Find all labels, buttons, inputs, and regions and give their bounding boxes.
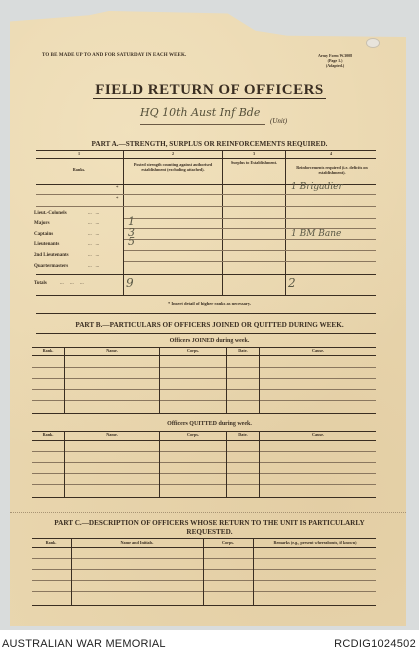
reinforcement-brigadier: 1 Brigadier bbox=[291, 182, 343, 192]
col-rule bbox=[71, 538, 72, 605]
part-b-title: PART B.—PARTICULARS OF OFFICERS JOINED O… bbox=[0, 321, 419, 329]
form-id: Army Form W.3008 (Page 1.) (Adapted.) bbox=[318, 53, 352, 68]
row-rule bbox=[32, 580, 376, 581]
leader-dots: ... ... ... bbox=[60, 281, 84, 286]
col-rule bbox=[226, 431, 227, 497]
rank-captains: Captains bbox=[34, 232, 53, 237]
col-num-4: 4 bbox=[286, 151, 376, 156]
quitted-col-name: Name. bbox=[65, 432, 159, 437]
col-header-surplus: Surplus to Establishment. bbox=[226, 160, 282, 165]
row-rule bbox=[32, 451, 376, 452]
part-a-note: * Insert detail of higher ranks as neces… bbox=[0, 301, 419, 306]
col-rule bbox=[253, 538, 254, 605]
row-rule bbox=[32, 389, 376, 390]
row-rule bbox=[32, 473, 376, 474]
divider bbox=[32, 355, 376, 356]
rank-2nd-lieutenants: 2nd Lieutenants bbox=[34, 253, 69, 258]
rank-lieut-colonels: Lieut.-Colonels bbox=[34, 211, 67, 216]
rank-quartermasters: Quartermasters bbox=[34, 264, 68, 269]
leader-dots: ... ... bbox=[88, 264, 99, 269]
row-rule bbox=[124, 239, 376, 240]
partc-col-corps: Corps. bbox=[204, 540, 252, 545]
rank-majors: Majors bbox=[34, 221, 50, 226]
divider bbox=[36, 333, 376, 334]
partc-col-name: Name and Initials. bbox=[72, 540, 202, 545]
row-rule bbox=[124, 261, 376, 262]
joined-col-corps: Corps. bbox=[160, 348, 226, 353]
row-rule bbox=[124, 250, 376, 251]
row-rule bbox=[36, 206, 376, 207]
totals-label: Totals bbox=[34, 281, 47, 286]
posted-lieutenants: 5 bbox=[128, 235, 135, 248]
col-rule bbox=[226, 347, 227, 413]
divider bbox=[32, 440, 376, 441]
col-num-1: 1 bbox=[36, 151, 122, 156]
row-rule bbox=[32, 558, 376, 559]
joined-title: Officers JOINED during week. bbox=[0, 338, 419, 344]
reinforcement-bm: 1 BM Bane bbox=[291, 229, 341, 239]
col-num-3: 3 bbox=[223, 151, 285, 156]
record-id: RCDIG1024502 bbox=[334, 638, 416, 650]
col-header-reinforcements: Reinforcements required (i.e. deficits o… bbox=[290, 165, 374, 175]
unit-label: (Unit) bbox=[270, 117, 287, 125]
joined-col-cause: Cause. bbox=[260, 348, 376, 353]
leader-dots: ... ... bbox=[88, 221, 99, 226]
divider bbox=[36, 295, 376, 296]
part-c-title-line2: REQUESTED. bbox=[0, 528, 419, 536]
joined-col-name: Name. bbox=[65, 348, 159, 353]
rank-lieutenants: Lieutenants bbox=[34, 242, 59, 247]
quitted-col-cause: Cause. bbox=[260, 432, 376, 437]
punch-hole bbox=[366, 38, 380, 48]
total-reinforcements: 2 bbox=[288, 276, 296, 290]
quitted-col-corps: Corps. bbox=[160, 432, 226, 437]
institution-label: AUSTRALIAN WAR MEMORIAL bbox=[2, 638, 166, 650]
row-rule bbox=[32, 400, 376, 401]
part-c-title-line1: PART C.—DESCRIPTION OF OFFICERS WHOSE RE… bbox=[0, 519, 419, 527]
row-rule bbox=[32, 462, 376, 463]
leader-dots: ... ... bbox=[88, 211, 99, 216]
quitted-title: Officers QUITTED during week. bbox=[0, 421, 419, 427]
divider bbox=[36, 158, 376, 159]
part-a-title: PART A.—STRENGTH, SURPLUS OR REINFORCEME… bbox=[0, 140, 419, 148]
col-rule bbox=[159, 431, 160, 497]
unit-value: HQ 10th Aust Inf Bde bbox=[140, 106, 260, 119]
joined-col-date: Date. bbox=[227, 348, 259, 353]
joined-col-rank: Rank. bbox=[32, 348, 64, 353]
row-marker: * bbox=[116, 197, 119, 202]
divider bbox=[36, 313, 376, 314]
row-rule bbox=[32, 569, 376, 570]
instruction-text: TO BE MADE UP TO AND FOR SATURDAY IN EAC… bbox=[42, 53, 186, 58]
quitted-col-date: Date. bbox=[227, 432, 259, 437]
page-title: FIELD RETURN OF OFFICERS bbox=[0, 82, 419, 99]
col-rule bbox=[203, 538, 204, 605]
leader-dots: ... ... bbox=[88, 253, 99, 258]
row-rule bbox=[32, 591, 376, 592]
quitted-col-rank: Rank. bbox=[32, 432, 64, 437]
col-rule bbox=[64, 431, 65, 497]
divider bbox=[32, 497, 376, 498]
divider bbox=[32, 547, 376, 548]
total-posted: 9 bbox=[126, 276, 134, 290]
col-rule bbox=[259, 431, 260, 497]
leader-dots: ... ... bbox=[88, 232, 99, 237]
row-marker: * bbox=[116, 186, 119, 191]
col-header-ranks: Ranks. bbox=[36, 167, 122, 172]
col-header-posted: Posted strength counting against authori… bbox=[126, 162, 220, 172]
divider bbox=[32, 538, 376, 539]
divider bbox=[32, 605, 376, 606]
col-rule bbox=[259, 347, 260, 413]
col-num-2: 2 bbox=[124, 151, 222, 156]
row-rule bbox=[124, 218, 376, 219]
row-rule bbox=[32, 378, 376, 379]
row-rule bbox=[36, 194, 376, 195]
partc-col-rank: Rank. bbox=[32, 540, 70, 545]
partc-col-remarks: Remarks (e.g., present whereabouts, if k… bbox=[254, 540, 376, 545]
perforation-line bbox=[10, 512, 406, 513]
row-rule bbox=[32, 484, 376, 485]
divider bbox=[32, 413, 376, 414]
row-rule bbox=[32, 367, 376, 368]
title-text: FIELD RETURN OF OFFICERS bbox=[93, 82, 326, 99]
leader-dots: ... ... bbox=[88, 242, 99, 247]
col-rule bbox=[159, 347, 160, 413]
divider bbox=[36, 274, 376, 275]
form-adapted: (Adapted.) bbox=[318, 63, 352, 68]
col-rule bbox=[64, 347, 65, 413]
